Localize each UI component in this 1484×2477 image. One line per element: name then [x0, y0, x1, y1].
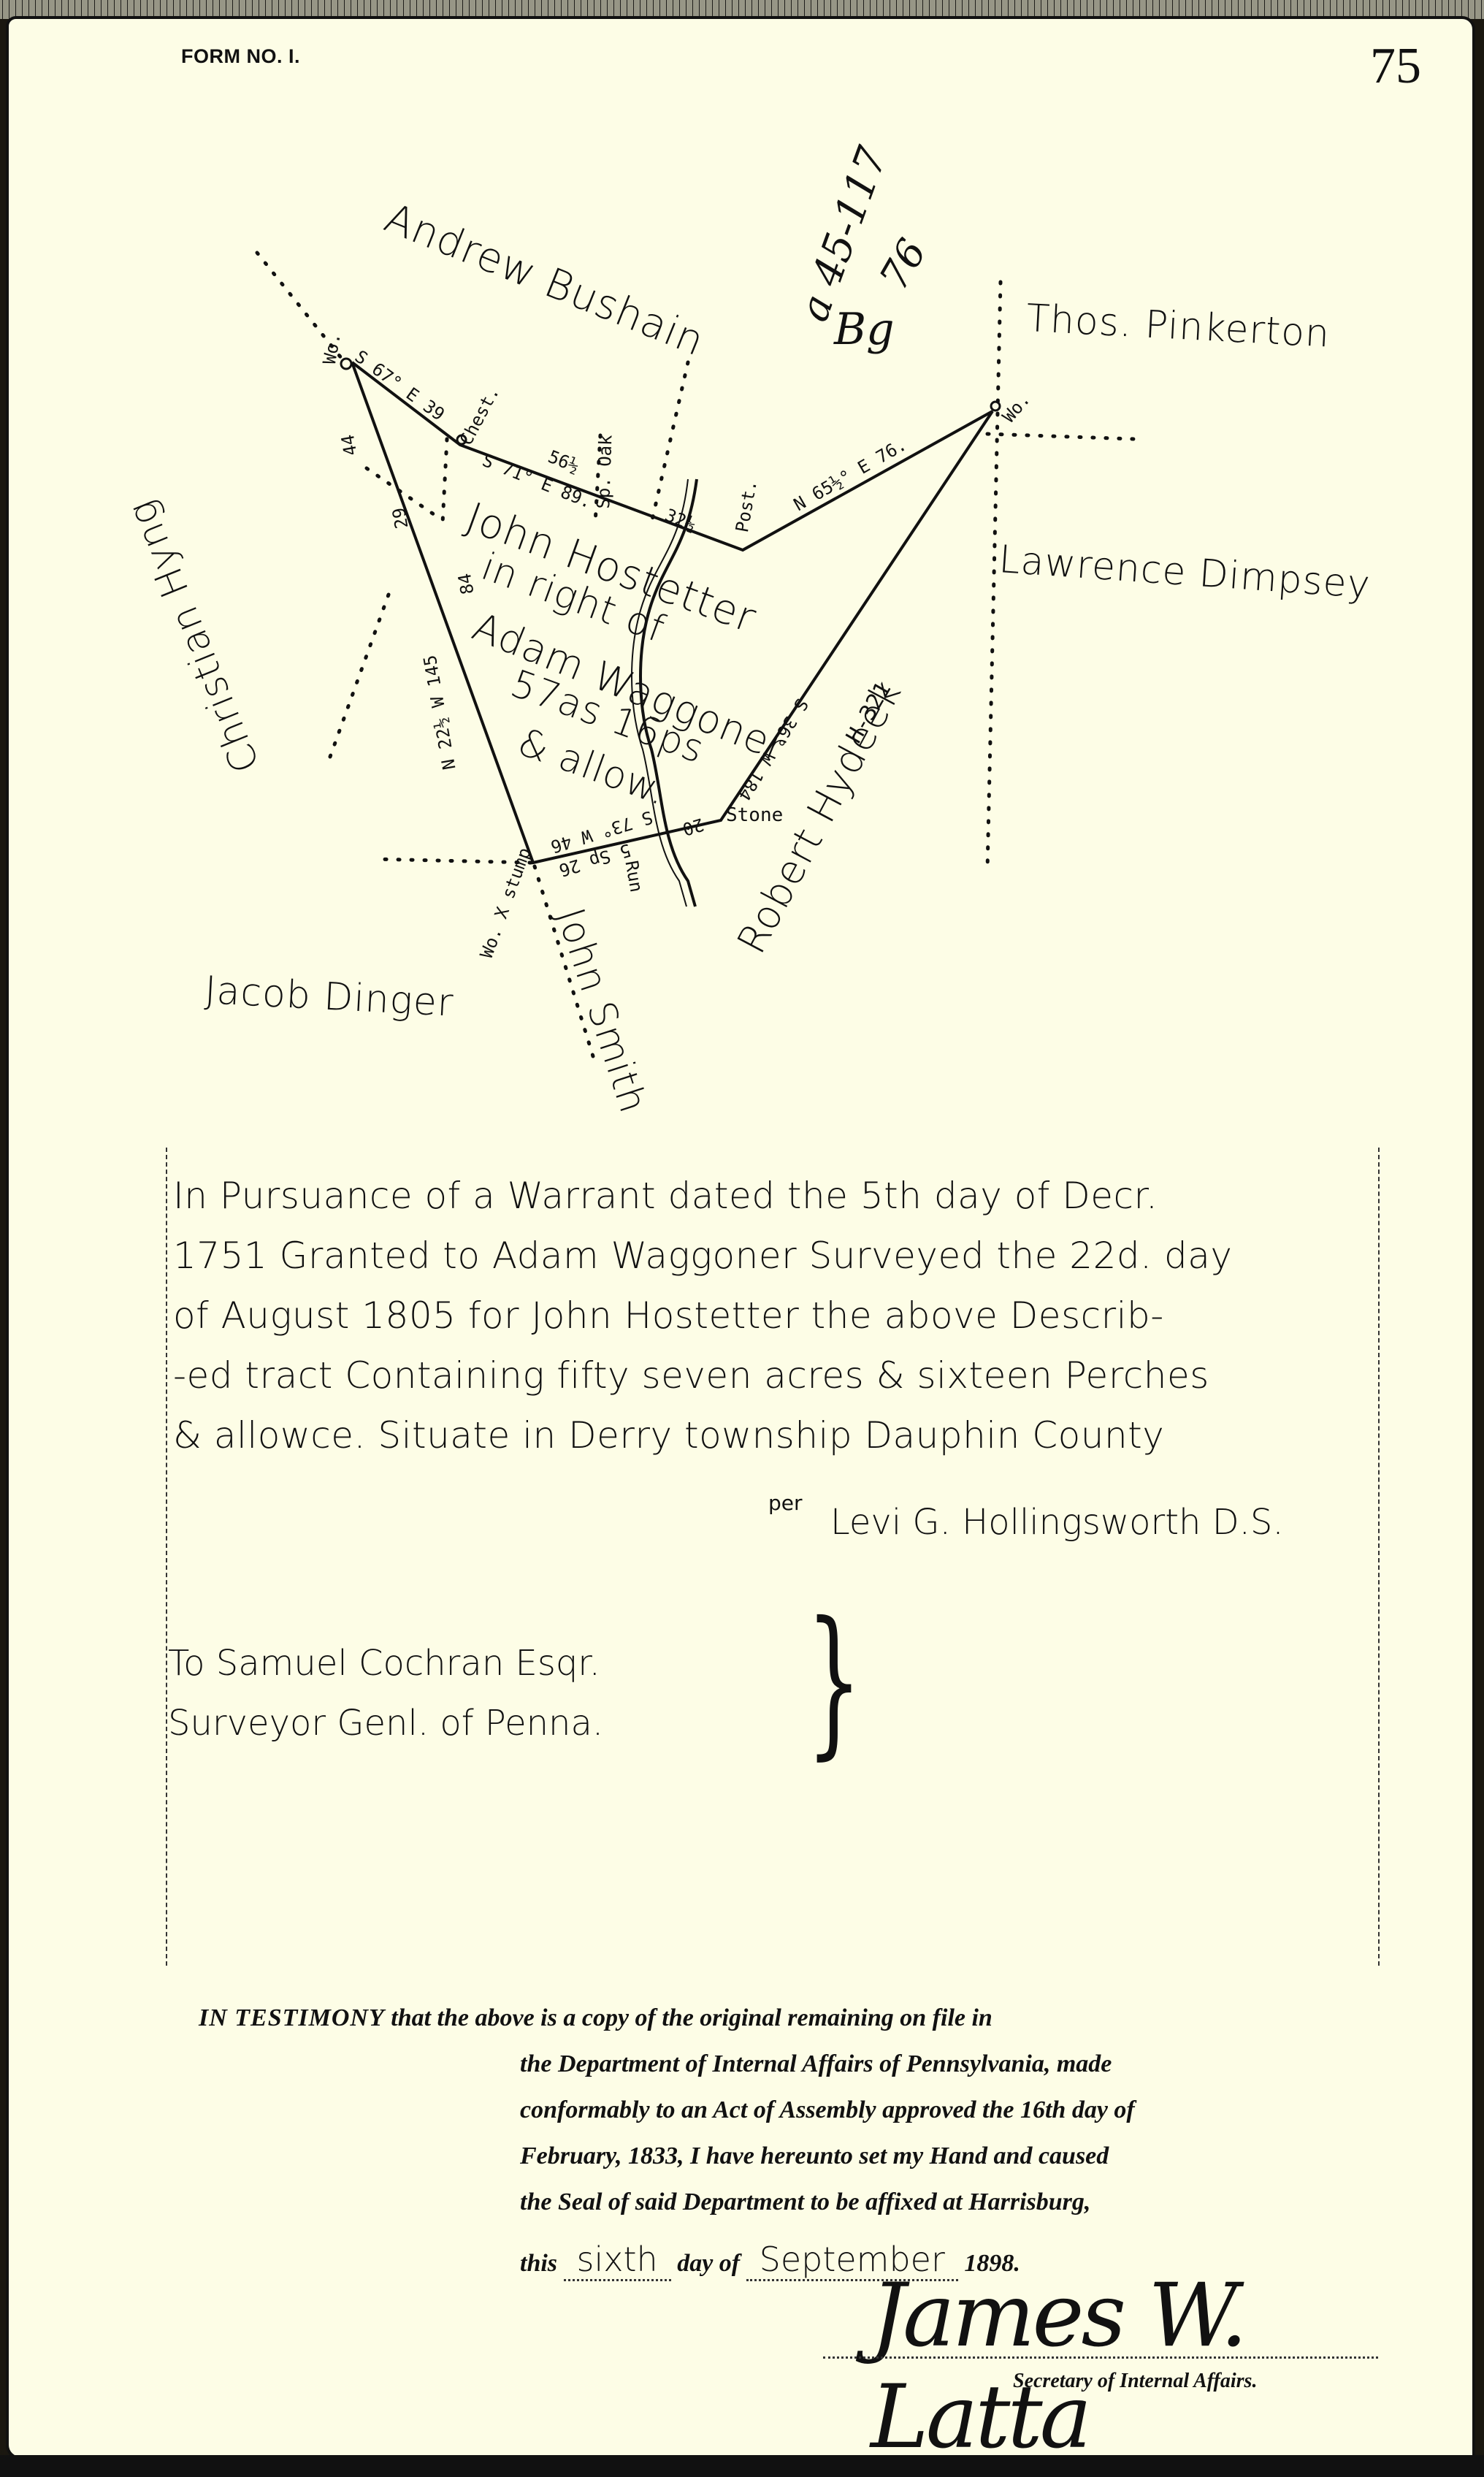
signature-line	[823, 2356, 1378, 2359]
testimony-line-1: that the above is a copy of the original…	[391, 2004, 992, 2031]
return-line-2: 1751 Granted to Adam Waggoner Surveyed t…	[173, 1226, 1385, 1286]
brace-icon: }	[806, 1600, 862, 1761]
corner-stone: Stone	[726, 804, 783, 826]
testimony-line-5: the Seal of said Department to be affixe…	[199, 2179, 1411, 2225]
scan-edge-bottom	[0, 2455, 1484, 2477]
testimony-block: IN TESTIMONY that the above is a copy of…	[199, 1995, 1411, 2225]
testimony-line-3: conformably to an Act of Assembly approv…	[199, 2087, 1411, 2133]
survey-return-text: In Pursuance of a Warrant dated the 5th …	[173, 1166, 1385, 1465]
per-label: per	[768, 1491, 803, 1515]
deputy-surveyor-name: Levi G. Hollingsworth D.S.	[830, 1502, 1284, 1543]
return-line-3: of August 1805 for John Hostetter the ab…	[173, 1286, 1385, 1346]
signature-title: Secretary of Internal Affairs.	[1013, 2370, 1257, 2393]
testimony-lead: IN TESTIMONY	[199, 2004, 385, 2031]
pencil-note-initials: Bg	[834, 304, 895, 355]
day-of-label: day of	[677, 2250, 740, 2277]
testimony-line-2: the Department of Internal Affairs of Pe…	[199, 2041, 1411, 2087]
day-value: sixth	[564, 2240, 671, 2281]
secretary-signature: James W. Latta	[871, 2265, 1472, 2459]
addressee-line-1: To Samuel Cochran Esqr.	[168, 1633, 603, 1693]
bearing-29: 29	[389, 506, 413, 530]
addressee: To Samuel Cochran Esqr. Surveyor Genl. o…	[168, 1633, 603, 1753]
addressee-line-2: Surveyor Genl. of Penna.	[168, 1693, 603, 1753]
this-label: this	[520, 2250, 557, 2277]
bearing-44: 44	[337, 433, 362, 457]
document-page: FORM NO. I. 75 a 45-117 76 Bg Andrew Bus…	[6, 16, 1475, 2459]
return-line-4: -ed tract Containing fifty seven acres &…	[173, 1346, 1385, 1405]
corner-spanish-oak: Sp. Oak	[593, 435, 616, 509]
return-line-5: & allowce. Situate in Derry township Dau…	[173, 1405, 1385, 1465]
return-line-1: In Pursuance of a Warrant dated the 5th …	[173, 1166, 1385, 1226]
bearing-84: 84	[454, 572, 478, 596]
testimony-line-4: February, 1833, I have hereunto set my H…	[199, 2133, 1411, 2179]
